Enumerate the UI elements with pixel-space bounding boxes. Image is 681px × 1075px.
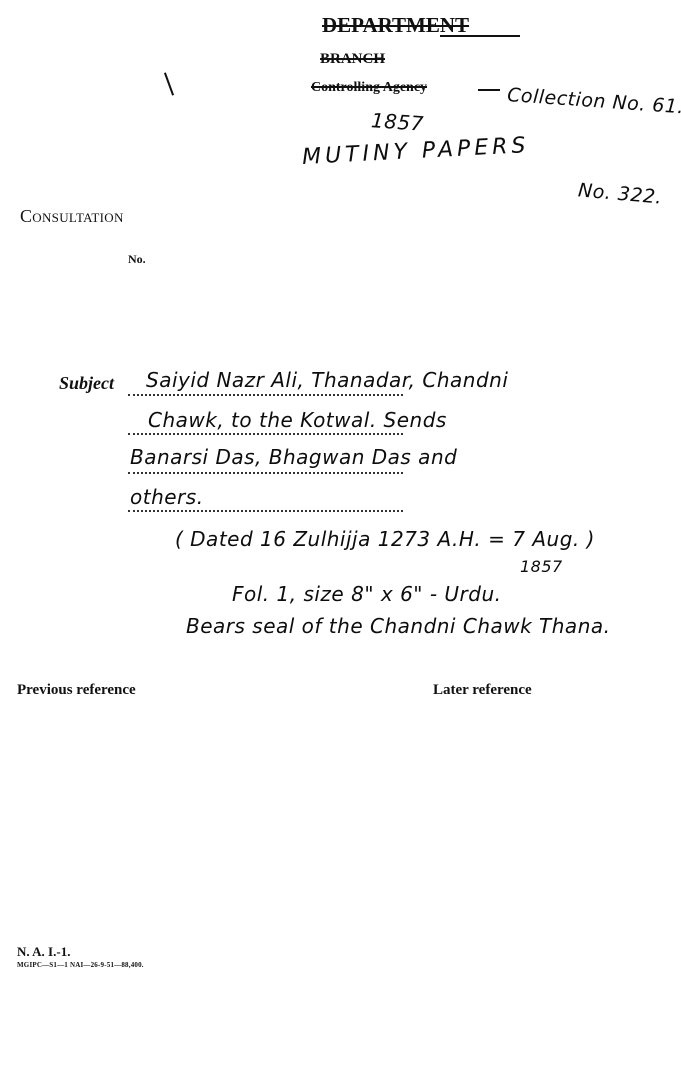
collection-note: Collection No. 61.	[506, 84, 681, 118]
consultation-label: Consultation	[20, 206, 124, 227]
strike-line	[440, 35, 520, 37]
dotted-rule	[128, 510, 403, 512]
document-number: No. 322.	[577, 179, 663, 208]
margin-mark	[164, 72, 174, 95]
print-code: MGIPC—S1—1 NAI—26-9-51—88,400.	[17, 961, 144, 969]
dotted-rule	[128, 433, 403, 435]
folio-note: Fol. 1, size 8" x 6" - Urdu.	[232, 582, 502, 606]
strike-line	[478, 89, 500, 91]
previous-reference-label: Previous reference	[17, 682, 136, 699]
dotted-rule	[128, 394, 403, 396]
subject-line: Chawk, to the Kotwal. Sends	[148, 408, 447, 432]
consultation-number-label: No.	[128, 252, 146, 267]
subject-line: Banarsi Das, Bhagwan Das and	[130, 445, 457, 469]
dated-note: ( Dated 16 Zulhijja 1273 A.H. = 7 Aug. )	[175, 527, 595, 551]
subject-line: others.	[130, 485, 204, 509]
controlling-agency-label: Controlling Agency	[311, 80, 427, 96]
dated-year: 1857	[520, 557, 563, 576]
later-reference-label: Later reference	[433, 682, 532, 699]
branch-label: BRANCH	[320, 51, 385, 68]
seal-note: Bears seal of the Chandni Chawk Thana.	[186, 614, 610, 638]
subject-line: Saiyid Nazr Ali, Thanadar, Chandni	[146, 368, 508, 392]
dotted-rule	[128, 472, 403, 474]
collection-title: MUTINY PAPERS	[302, 133, 531, 170]
form-code: N. A. I.-1.	[17, 944, 70, 960]
year-note: 1857	[370, 108, 424, 136]
subject-label: Subject	[59, 373, 114, 394]
